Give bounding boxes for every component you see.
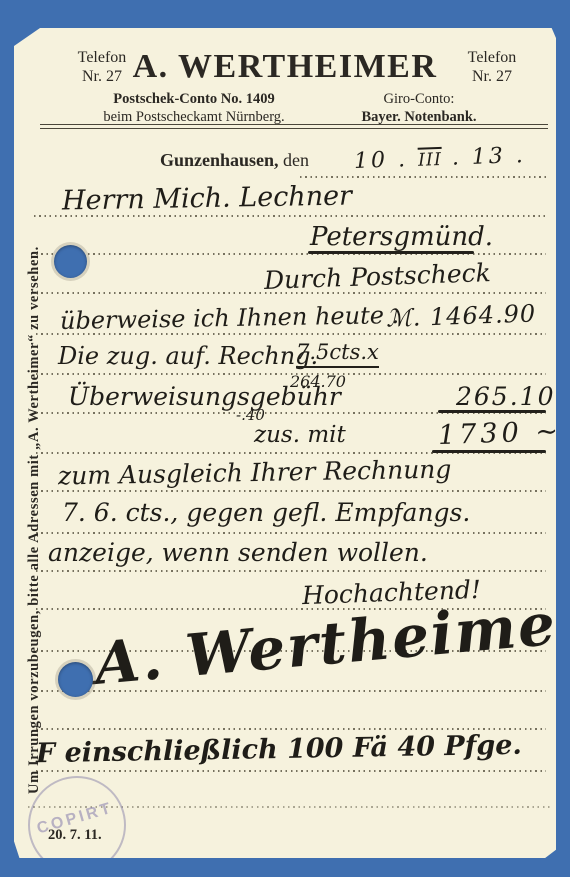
date-day: 10 .: [354, 147, 409, 174]
body-line3-text: Überweisungsgebühr: [68, 382, 341, 411]
body-line1-amount: ℳ. 1464.90: [386, 299, 537, 332]
date-month-roman: III: [418, 147, 443, 171]
giro-line1: Giro-Conto:: [334, 90, 504, 108]
telefon-right-line2: Nr. 27: [452, 67, 532, 86]
body-line6: 7. 6. cts., gegen gefl. Empfangs.: [62, 498, 470, 527]
writing-line: [300, 176, 546, 178]
dateline-printed: Gunzenhausen, den: [160, 150, 309, 171]
body-line3-amount: 265.10: [456, 382, 555, 411]
postscheck-block: Postschek-Conto No. 1409 beim Postscheck…: [74, 90, 314, 126]
photo-backdrop: Um Irrungen vorzubeugen, bitte alle Adre…: [0, 0, 570, 877]
writing-line: [36, 490, 546, 492]
destination-line: Petersgmünd.: [310, 222, 493, 252]
destination-underline: [308, 251, 474, 254]
copy-stamp-date: 20. 7. 11.: [48, 827, 102, 844]
postscheck-line1: Postschek-Conto No. 1409: [74, 90, 314, 108]
dateline-handwritten: 10 . III . 13 .: [354, 143, 527, 174]
body-line4-amount: 1730 ~: [437, 416, 562, 451]
dateline-den: den: [279, 150, 310, 170]
total-underline: [432, 450, 546, 453]
via-line: Durch Postscheck: [264, 258, 492, 295]
telefon-right: Telefon Nr. 27: [452, 48, 532, 86]
body-line4-text: zus. mit: [254, 422, 346, 448]
punch-hole-bottom: [58, 662, 93, 697]
recipient-line: Herrn Mich. Lechner: [62, 180, 352, 216]
date-year: . 13 .: [451, 143, 526, 171]
postcard: Um Irrungen vorzubeugen, bitte alle Adre…: [14, 28, 556, 858]
telefon-right-line1: Telefon: [452, 48, 532, 67]
header-divider-rule: [40, 124, 548, 129]
body-line1-text: überweise ich Ihnen heute .: [60, 301, 400, 335]
body-line5: zum Ausgleich Ihrer Rechnung: [58, 455, 452, 491]
postscript-line: F einschließlich 100 Fä 40 Pfge.: [36, 730, 522, 769]
writing-line: [36, 570, 546, 572]
giro-block: Giro-Conto: Bayer. Notenbank.: [334, 90, 504, 126]
writing-line: [36, 770, 546, 772]
amount1-underline: [438, 410, 546, 413]
body-line2-text: Die zug. auf. Rechng.: [58, 342, 318, 370]
side-note-vertical: Um Irrungen vorzubeugen, bitte alle Adre…: [26, 60, 54, 794]
body-line2-amount: 7.5cts.x: [296, 340, 379, 368]
writing-line: [36, 532, 546, 534]
body-line7: anzeige, wenn senden wollen.: [48, 538, 428, 567]
dateline-place: Gunzenhausen,: [160, 150, 279, 170]
punch-hole-top: [54, 245, 87, 278]
